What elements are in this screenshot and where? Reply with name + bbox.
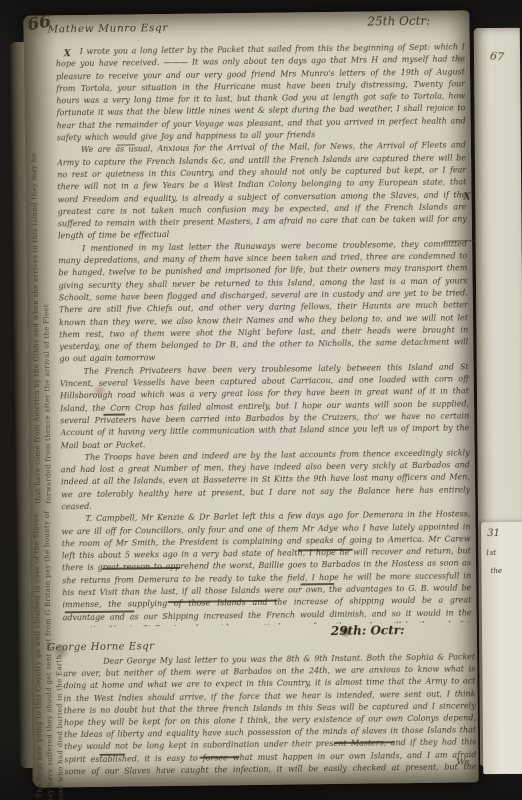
letter1-date: 25th Octr: bbox=[367, 14, 430, 29]
letter2: 29th: Octr: George Horne Esqr Dear Georg… bbox=[45, 622, 477, 779]
letter1-recipient: Mathew Munro Esqr bbox=[47, 22, 168, 35]
letter-paragraph: Dear George My last letter to you was th… bbox=[63, 651, 476, 776]
letter-paragraph: The Troops have been and indeed are by t… bbox=[61, 447, 471, 513]
manuscript-page: 66 Mathew Munro Esqr 25th Octr: X X I wr… bbox=[23, 10, 478, 787]
slip-text-line: 1st bbox=[485, 549, 496, 557]
letter2-body: Dear George My last letter to you was th… bbox=[63, 651, 476, 776]
ink-strikethrough-mark bbox=[103, 414, 125, 416]
catchword: We bbox=[456, 757, 469, 767]
letter-paragraph: I wrote you a long letter by the Packet … bbox=[56, 41, 466, 144]
slip-number: 31 bbox=[487, 528, 500, 539]
inserted-slip: 31 1st the bbox=[481, 522, 522, 774]
ink-blot bbox=[340, 625, 351, 638]
letter-paragraph: We are as usual, Anxious for the Arrival… bbox=[57, 140, 467, 243]
folio-number-right: 67 bbox=[489, 49, 504, 63]
ink-underline-mark bbox=[444, 240, 476, 242]
slip-text-line: the bbox=[490, 567, 502, 575]
letter1-body: I wrote you a long letter by the Packet … bbox=[56, 41, 472, 627]
ink-strikethrough-mark bbox=[300, 583, 334, 585]
margin-note-upper: that have come from America by the Gibbs… bbox=[28, 111, 79, 504]
ink-underline-mark bbox=[117, 144, 135, 146]
letter-paragraph: I mentioned in my last letter the Runawa… bbox=[58, 238, 468, 366]
margin-note-lower: X The Regt now going to this Country go … bbox=[31, 509, 81, 800]
ink-strikethrough-mark bbox=[99, 754, 125, 756]
facing-page-sliver: 67 31 1st the bbox=[474, 28, 522, 766]
letter-paragraph: The French Privateers have been very tro… bbox=[60, 361, 470, 452]
manuscript-photo: 66 Mathew Munro Esqr 25th Octr: X X I wr… bbox=[0, 0, 522, 800]
